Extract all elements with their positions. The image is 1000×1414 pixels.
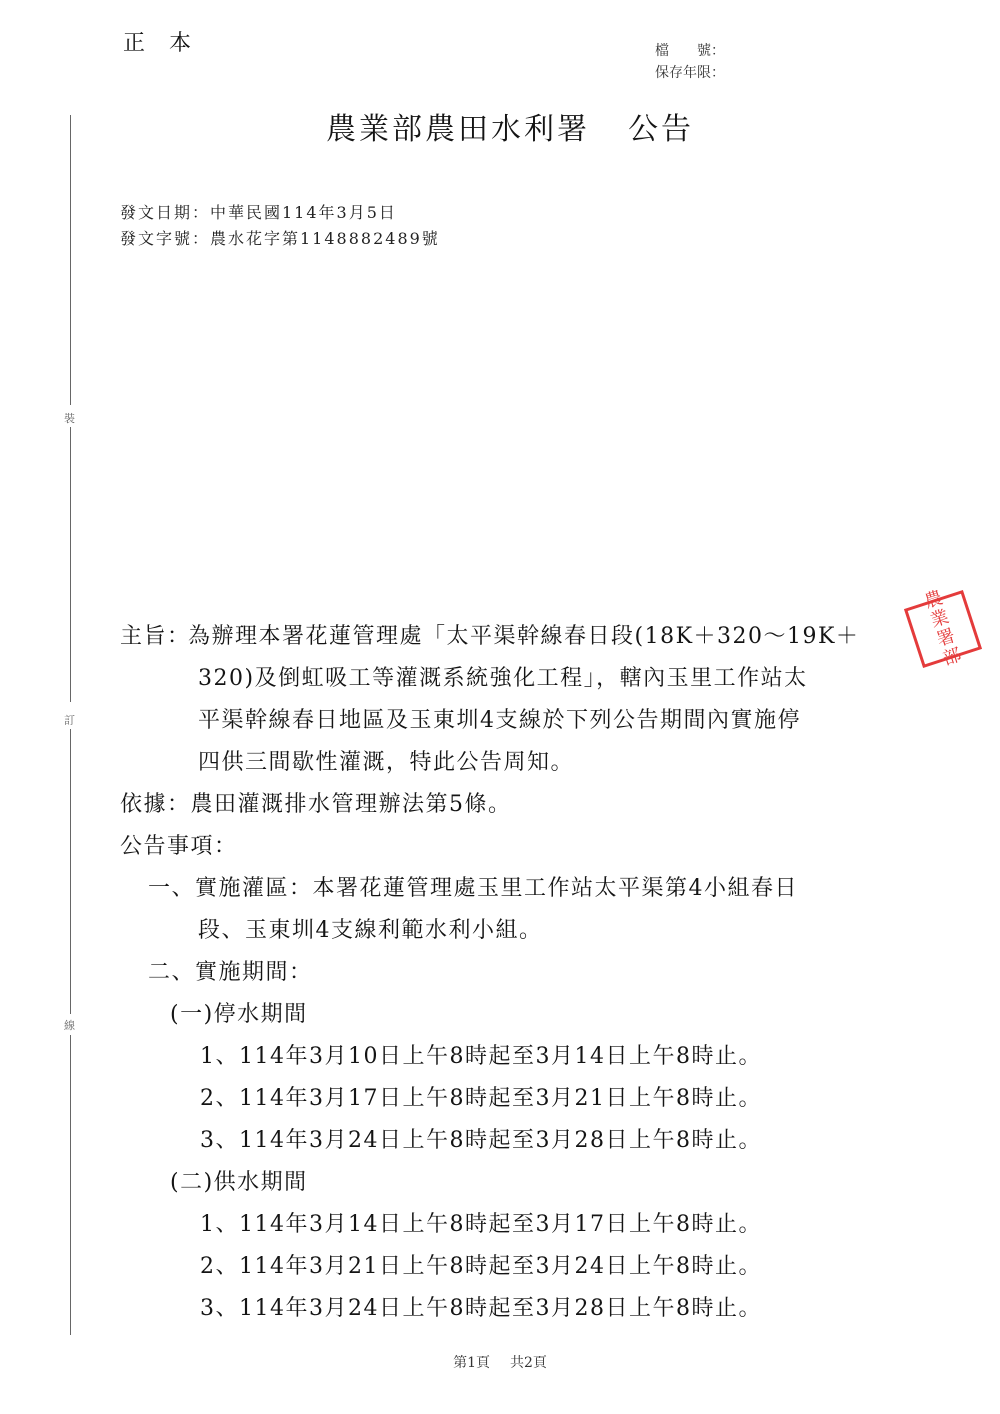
subject-line-3: 平渠幹線春日地區及玉東圳4支線於下列公告期間內實施停 [198, 700, 801, 742]
binding-dash [70, 729, 71, 1014]
binding-dash [70, 1035, 71, 1335]
binding-char-ding: 訂 [64, 712, 75, 728]
binding-dash [70, 427, 71, 702]
page-total: 共2頁 [510, 1355, 547, 1371]
binding-line: 裝 訂 線 [66, 115, 76, 1335]
supply-period-heading: (二)供水期間 [170, 1162, 308, 1204]
stop-period-entry: 2、114年3月17日上午8時起至3月21日上午8時止。 [200, 1078, 762, 1120]
supply-period-entry: 3、114年3月24日上午8時起至3月28日上午8時止。 [200, 1288, 762, 1330]
subject-line-4: 四供三間歇性灌溉，特此公告周知。 [198, 742, 574, 784]
supply-period-entry: 1、114年3月14日上午8時起至3月17日上午8時止。 [200, 1204, 762, 1246]
item-period-heading: 二、實施期間： [148, 952, 313, 994]
binding-char-zhuang: 裝 [64, 410, 75, 426]
subject-line-2: 320)及倒虹吸工等灌溉系統強化工程」，轄內玉里工作站太 [198, 658, 808, 700]
page-number: 第1頁 [453, 1355, 490, 1371]
subject-line-1: 為辦理本署花蓮管理處「太平渠幹線春日段(18K＋320～19K＋ [188, 616, 859, 658]
stop-period-heading: (一)停水期間 [170, 994, 308, 1036]
item-area-line-2: 段、玉東圳4支線利範水利小組。 [198, 910, 543, 952]
binding-dash [70, 115, 71, 405]
stop-period-entry: 1、114年3月10日上午8時起至3月14日上午8時止。 [200, 1036, 762, 1078]
basis: 依據：農田灌溉排水管理辦法第5條。 [120, 784, 512, 826]
announcement-body: 主旨： 為辦理本署花蓮管理處「太平渠幹線春日段(18K＋320～19K＋ 320… [120, 0, 1000, 1414]
stop-period-entry: 3、114年3月24日上午8時起至3月28日上午8時止。 [200, 1120, 762, 1162]
supply-period-entry: 2、114年3月21日上午8時起至3月24日上午8時止。 [200, 1246, 762, 1288]
binding-char-xian: 線 [64, 1017, 75, 1033]
items-heading: 公告事項： [120, 826, 238, 868]
subject-label: 主旨： [120, 616, 191, 658]
item-area-line-1: 一、實施灌區：本署花蓮管理處玉里工作站太平渠第4小組春日 [148, 868, 798, 910]
page-footer: 第1頁共2頁 [0, 1352, 1000, 1372]
